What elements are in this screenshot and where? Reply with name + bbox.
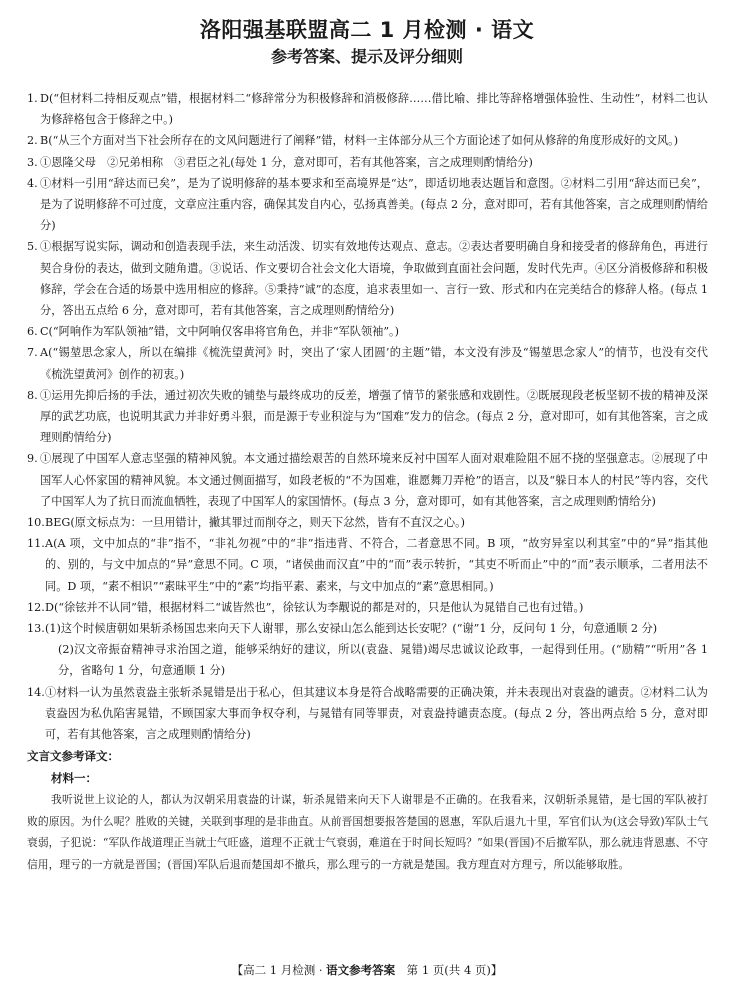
- answer-text: ①展现了中国军人意志坚强的精神风貌。本文通过描绘艰苦的自然环境来反衬中国军人面对…: [40, 452, 708, 507]
- answer-item-7: 7. A(“锡堃思念家人，所以在编排《梳洗望黄河》时，突出了‘家人团圆’的主题”…: [27, 342, 708, 384]
- answer-item-11: 11. A(A 项，文中加点的“非”指不，“非礼勿视”中的“非”指违背、不符合，…: [27, 533, 708, 597]
- answer-number: 7.: [27, 342, 38, 363]
- footer-left: 【高二 1 月检测 ·: [232, 963, 327, 977]
- answer-number: 12.: [27, 597, 45, 618]
- page-title: 洛阳强基联盟高二 1 月检测 · 语文: [0, 14, 734, 44]
- answer-number: 13.: [27, 618, 45, 639]
- answer-subitem: (2)汉文帝振奋精神寻求治国之道，能够采纳好的建议，所以(袁盎、晁错)竭尽忠诚议…: [45, 639, 708, 681]
- translation-paragraph: 我听说世上议论的人，都认为汉朝采用袁盎的计谋，斩杀晁错来向天下人谢罪是不正确的。…: [27, 789, 708, 876]
- answer-text: ①运用先抑后扬的手法，通过初次失败的铺垫与最终成功的反差，增强了情节的紧张感和戏…: [40, 389, 708, 444]
- answer-number: 14.: [27, 682, 45, 703]
- footer-page-info: 第 1 页(共 4 页)】: [395, 963, 502, 977]
- answer-list: 1. D(“但材料二持相反观点”错，根据材料二“修辞常分为积极修辞和消极修辞………: [27, 88, 708, 876]
- answer-number: 2.: [27, 130, 38, 151]
- answer-item-2: 2. B(“从三个方面对当下社会所存在的文风问题进行了阐释”错，材料一主体部分从…: [27, 130, 708, 151]
- answer-text: A(A 项，文中加点的“非”指不，“非礼勿视”中的“非”指违背、不符合，二者意思…: [45, 537, 708, 592]
- answer-number: 3.: [27, 152, 38, 173]
- answer-item-8: 8. ①运用先抑后扬的手法，通过初次失败的铺垫与最终成功的反差，增强了情节的紧张…: [27, 385, 708, 449]
- answer-item-14: 14. ①材料一认为虽然袁盎主张斩杀晁错是出于私心，但其建议本身是符合战略需要的…: [27, 682, 708, 746]
- answer-text: A(“锡堃思念家人，所以在编排《梳洗望黄河》时，突出了‘家人团圆’的主题”错，本…: [40, 346, 708, 380]
- footer-bold: 语文参考答案: [326, 963, 395, 977]
- answer-number: 6.: [27, 321, 38, 342]
- answer-text: B(“从三个方面对当下社会所存在的文风问题进行了阐释”错，材料一主体部分从三个方…: [40, 134, 678, 147]
- answer-text: (1)这个时候唐朝如果斩杀杨国忠来向天下人谢罪，那么安禄山怎么能到达长安呢？(“…: [45, 622, 657, 635]
- material-one-heading: 材料一：: [27, 768, 708, 789]
- answer-number: 1.: [27, 88, 38, 109]
- translation-heading: 文言文参考译文：: [27, 746, 708, 767]
- page-footer: 【高二 1 月检测 · 语文参考答案 第 1 页(共 4 页)】: [0, 962, 734, 978]
- answer-text: C(“阿响作为军队领袖”错，文中阿响仅客串将官角色，并非“军队领袖”。): [40, 325, 399, 338]
- answer-item-1: 1. D(“但材料二持相反观点”错，根据材料二“修辞常分为积极修辞和消极修辞………: [27, 88, 708, 130]
- answer-text: ①材料一认为虽然袁盎主张斩杀晁错是出于私心，但其建议本身是符合战略需要的正确决策…: [45, 686, 708, 741]
- answer-item-5: 5. ①根据写说实际，调动和创造表现手法，来生动活泼、切实有效地传达观点、意志。…: [27, 236, 708, 321]
- page-subtitle: 参考答案、提示及评分细则: [0, 44, 734, 67]
- answer-item-10: 10. BEG(原文标点为：一旦用错计，撇其罪过而削夺之，则天下忿然，皆有不直汉…: [27, 512, 708, 533]
- answer-item-9: 9. ①展现了中国军人意志坚强的精神风貌。本文通过描绘艰苦的自然环境来反衬中国军…: [27, 448, 708, 512]
- answer-text: BEG(原文标点为：一旦用错计，撇其罪过而削夺之，则天下忿然，皆有不直汉之心。): [45, 516, 465, 529]
- answer-number: 9.: [27, 448, 38, 469]
- answer-item-3: 3. ①恩隆父母 ②兄弟相称 ③君臣之礼(每处 1 分，意对即可，若有其他答案，…: [27, 152, 708, 173]
- answer-item-6: 6. C(“阿响作为军队领袖”错，文中阿响仅客串将官角色，并非“军队领袖”。): [27, 321, 708, 342]
- answer-number: 4.: [27, 173, 38, 194]
- answer-text: ①根据写说实际，调动和创造表现手法，来生动活泼、切实有效地传达观点、意志。②表达…: [40, 240, 708, 317]
- answer-item-4: 4. ①材料一引用“辞达而已矣”，是为了说明修辞的基本要求和至高境界是“达”，即…: [27, 173, 708, 237]
- answer-item-13: 13. (1)这个时候唐朝如果斩杀杨国忠来向天下人谢罪，那么安禄山怎么能到达长安…: [27, 618, 708, 682]
- answer-text: D(“徐铉并不认同”错，根据材料二“诚皆然也”，徐铉认为李觏说的都是对的，只是他…: [45, 601, 583, 614]
- answer-number: 5.: [27, 236, 38, 257]
- answer-number: 10.: [27, 512, 45, 533]
- answer-number: 8.: [27, 385, 38, 406]
- answer-sheet-page: 洛阳强基联盟高二 1 月检测 · 语文 参考答案、提示及评分细则 1. D(“但…: [0, 0, 734, 987]
- answer-number: 11.: [27, 533, 45, 554]
- answer-item-12: 12. D(“徐铉并不认同”错，根据材料二“诚皆然也”，徐铉认为李觏说的都是对的…: [27, 597, 708, 618]
- answer-text: ①材料一引用“辞达而已矣”，是为了说明修辞的基本要求和至高境界是“达”，即适切地…: [40, 177, 708, 232]
- answer-text: ①恩隆父母 ②兄弟相称 ③君臣之礼(每处 1 分，意对即可，若有其他答案，言之成…: [40, 156, 533, 169]
- answer-text: D(“但材料二持相反观点”错，根据材料二“修辞常分为积极修辞和消极修辞……借比喻…: [40, 92, 708, 126]
